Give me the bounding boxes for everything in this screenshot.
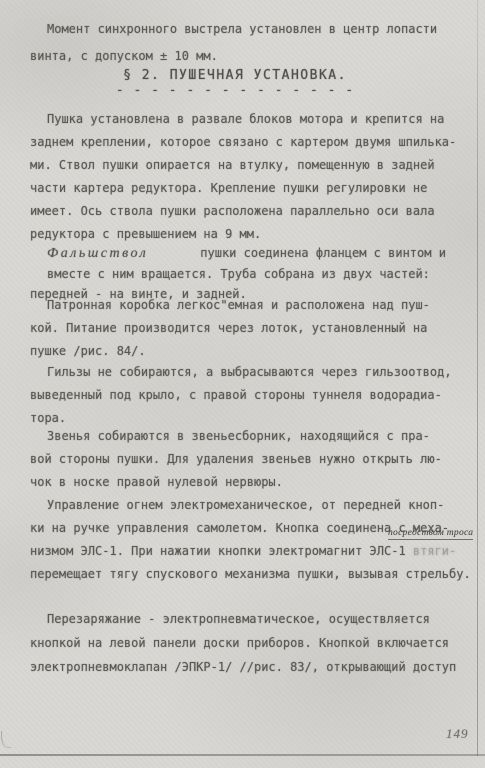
text-line: винта, с допуском ± 10 мм.	[30, 43, 470, 70]
paragraph-ammo-box: Патронная коробка легкос"емная и располо…	[30, 294, 470, 363]
paragraph-gun-mounting: Пушка установлена в развале блоков мотор…	[30, 108, 470, 246]
text-line: Пушка установлена в развале блоков мотор…	[30, 108, 470, 131]
paragraph-fire-control: Управление огнем электромеханическое, от…	[30, 494, 470, 586]
paragraph-links-collector: Звенья собираются в звеньесборник, наход…	[30, 425, 470, 494]
handwritten-word-falshstvol: Фальшствол	[47, 246, 148, 261]
text-segment: низмом ЭЛС-1. При нажатии кнопки электро…	[30, 544, 413, 558]
erased-word: втяги-	[413, 544, 456, 558]
text-segment: пушки соединена фланцем с винтом и	[200, 246, 446, 260]
section-heading-text: § 2. ПУШЕЧНАЯ УСТАНОВКА.	[0, 68, 470, 83]
text-line: кнопкой на левой панели доски приборов. …	[30, 631, 470, 655]
text-line: пушке /рис. 84/.	[30, 340, 470, 363]
text-line: низмом ЭЛС-1. При нажатии кнопки электро…	[30, 540, 470, 563]
text-line: Перезаряжание - электропневматическое, о…	[30, 607, 470, 631]
text-line: Момент синхронного выстрела установлен в…	[30, 16, 470, 43]
text-line: имеет. Ось ствола пушки расположена пара…	[30, 200, 470, 223]
text-line: кой. Питание производится через лоток, у…	[30, 317, 470, 340]
scan-edge-bottom	[0, 754, 485, 756]
text-line: вместе с ним вращается. Труба собрана из…	[30, 264, 470, 284]
text-line: ми. Ствол пушки опирается на втулку, пом…	[30, 154, 470, 177]
text-line: чок в носке правой нулевой нервюры.	[30, 471, 470, 494]
text-line: Патронная коробка легкос"емная и располо…	[30, 294, 470, 317]
page-number: 149	[446, 726, 469, 742]
paragraph-shell-cases: Гильзы не собираются, а выбрасываются че…	[30, 361, 470, 430]
paragraph-reloading: Перезаряжание - электропневматическое, о…	[30, 607, 470, 679]
scan-edge-right	[477, 0, 478, 756]
section-heading: § 2. ПУШЕЧНАЯ УСТАНОВКА. - - - - - - - -…	[0, 68, 470, 96]
text-line: заднем креплении, которое связано с карт…	[30, 131, 470, 154]
section-heading-underline: - - - - - - - - - - - - - -	[0, 86, 470, 96]
text-line: перемещает тягу спускового механизма пуш…	[30, 563, 470, 586]
text-line: электропневмоклапан /ЭПКР-1/ //рис. 83/,…	[30, 655, 470, 679]
text-line: вой стороны пушки. Для удаления звеньев …	[30, 448, 470, 471]
scanned-page: Момент синхронного выстрела установлен в…	[0, 0, 485, 768]
paragraph-sync-shot: Момент синхронного выстрела установлен в…	[30, 16, 470, 70]
text-line: выведенный под крыло, с правой стороны т…	[30, 384, 470, 407]
text-line: Звенья собираются в звеньесборник, наход…	[30, 425, 470, 448]
scan-artifact-mark	[1, 731, 11, 748]
text-line: Фальшстволпушки соединена фланцем с винт…	[30, 243, 470, 264]
text-line: Гильзы не собираются, а выбрасываются че…	[30, 361, 470, 384]
text-line: Управление огнем электромеханическое, от…	[30, 494, 470, 517]
text-line: части картера редуктора. Крепление пушки…	[30, 177, 470, 200]
handwritten-correction-note: посредством троса	[388, 528, 473, 540]
